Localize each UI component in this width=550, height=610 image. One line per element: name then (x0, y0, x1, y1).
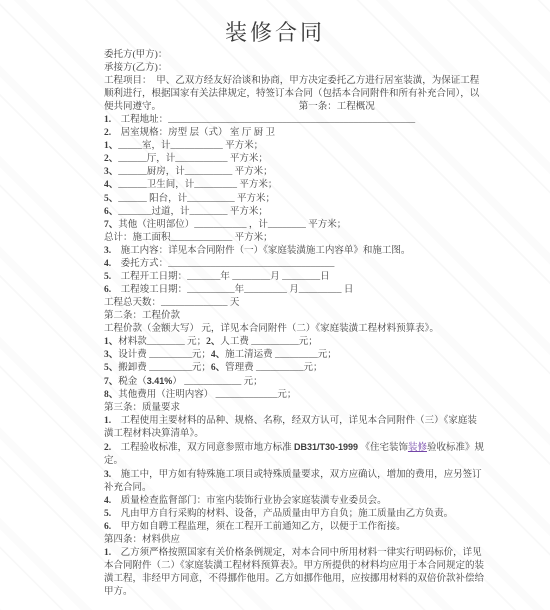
doc-line: 6. 工程竣工日期：__________年_________ 月________… (104, 284, 479, 297)
text-segment: 甲方如自聘工程监理，须在工程开工前通知乙方，以便于工作衔接。 (111, 522, 406, 532)
list-number: 2、 (104, 154, 118, 164)
text-segment: 施工内容：详见本合同附件（一）《家庭装潢施工内容单》和施工图。 (111, 246, 410, 256)
doc-line: 承接方(乙方)： (104, 62, 479, 75)
list-number: 6、 (211, 363, 225, 373)
text-segment: 委托方(甲方)： (104, 50, 167, 60)
text-segment: 验收标准》规 (427, 443, 484, 453)
text-segment: 施工清运费 _________元； (225, 350, 337, 360)
text-segment: 第二条：工程价款 (104, 311, 180, 321)
text-segment: 材料款________ 元； (118, 337, 206, 347)
doc-line: 第三条：质量要求 (104, 402, 479, 415)
text-segment: 第四条：材料供应 (104, 535, 180, 545)
list-number: 4、 (104, 180, 118, 190)
doc-line: 3. 施工中，甲方如有特殊施工项目或特殊质量要求，双方应确认，增加的费用，应另签… (104, 469, 479, 482)
doc-line: 3、______厨房，计__________ 平方米； (104, 166, 479, 179)
text-segment: 工程使用主要材料的品种、规格、名称，经双方认可，详见本合同附件（三）《家庭装 (111, 416, 477, 426)
text-segment: 第三条：质量要求 (104, 403, 180, 413)
text-segment: 工程总天数：______________ 天 (104, 298, 239, 308)
list-number: 4、 (211, 350, 225, 360)
doc-line: 3、设计费 _________元；4、施工清运费 _________元； (104, 349, 479, 362)
text-segment: 工程项目： 甲、乙双方经友好洽谈和协商，甲方决定委托乙方进行居室装潢，为保证工程 (104, 76, 479, 86)
doc-line: 顺利进行，根据国家有关法律规定，特签订本合同（包括本合同附件和所有补充合同），以 (104, 88, 479, 101)
text-segment: 本合同附件（二）《家庭装潢工程材料预算表》。甲方所提供的材料均应用于本合同规定的… (104, 561, 484, 571)
list-number: DB31/T30-1999 (294, 442, 358, 452)
doc-line: 2. 工程验收标准，双方同意参照市地方标准 DB31/T30-1999 《住宅装… (104, 441, 479, 455)
text-segment: 甲方。 (104, 587, 133, 597)
doc-line: 2. 居室规格：房型 层（式） 室 厅 厨 卫 (104, 127, 479, 140)
text-segment: 搬卸费 _________元； (118, 363, 211, 373)
doc-line: 1. 工程地址：________________________________… (104, 114, 479, 127)
doc-line: 6. 甲方如自聘工程监理，须在工程开工前通知乙方，以便于工作衔接。 (104, 521, 479, 534)
text-segment: 便共同遵守。 (104, 102, 156, 112)
text-segment: ______厅，计___________ 平方米； (118, 154, 268, 164)
list-number: 1、 (104, 337, 118, 347)
text-segment: 定。 (104, 456, 123, 466)
text-segment: 施工中，甲方如有特殊施工项目或特殊质量要求，双方应确认，增加的费用，应另签订 (111, 470, 482, 480)
list-number: 3、 (104, 167, 118, 177)
list-number: 5、 (104, 363, 118, 373)
doc-line: 5、搬卸费 _________元；6、管理费 __________元； (104, 362, 479, 375)
text-segment: ______ 阳台，计__________ 平方米； (118, 194, 275, 204)
list-number: 3、 (104, 350, 118, 360)
document-title: 装修合同 (0, 16, 550, 47)
doc-line: 5. 工程开工日期：_______年 ________月 ________日 (104, 271, 479, 284)
list-number: 5、 (104, 194, 118, 204)
doc-line: 定。 (104, 455, 479, 468)
text-segment: 工程竣工日期：__________年_________ 月_________ 日 (111, 285, 353, 295)
doc-line: 4、______卫生间，计_________ 平方米； (104, 179, 479, 192)
doc-line: 总计：施工面积_____________ 平方米； (104, 232, 479, 245)
doc-line: 5. 凡由甲方自行采购的材料、设备，产品质量由甲方自负；施工质量由乙方负责。 (104, 508, 479, 521)
text-segment: 补充合同。 (104, 483, 152, 493)
doc-line: 工程项目： 甲、乙双方经友好洽谈和协商，甲方决定委托乙方进行居室装潢，为保证工程 (104, 75, 479, 88)
doc-line: 第二条：工程价款 (104, 310, 479, 323)
doc-line: 本合同附件（二）《家庭装潢工程材料预算表》。甲方所提供的材料均应用于本合同规定的… (104, 560, 479, 573)
text-segment (156, 102, 299, 112)
list-number: 3.41% (147, 376, 173, 386)
list-number: 8、 (104, 390, 118, 400)
text-segment: 管理费 __________元； (225, 363, 322, 373)
contract-page: 装修合同 委托方(甲方)：承接方(乙方)：工程项目： 甲、乙双方经友好洽谈和协商… (0, 0, 550, 610)
text-segment: _______过道，计________ 平方米； (118, 207, 268, 217)
text-segment: 人工费 __________元； (220, 337, 317, 347)
text-segment: 《住宅装饰 (358, 443, 408, 453)
contract-document: 委托方(甲方)：承接方(乙方)：工程项目： 甲、乙双方经友好洽谈和协商，甲方决定… (104, 49, 479, 599)
text-segment: 潢工程材料决算清单》。 (104, 429, 204, 439)
text-segment: 潢工程，非经甲方同意，不得挪作他用。乙方如挪作他用，应按挪用材料的双倍价款补偿给 (104, 574, 484, 584)
doc-line: 4. 质量检查监督部门：市室内装饰行业协会家庭装潢专业委员会。 (104, 495, 479, 508)
text-segment: 工程价款（金额大写） 元，详见本合同附件（二）《家庭装潢工程材料预算表》。 (104, 324, 439, 334)
doc-line: 4. 委托方式：________________________________… (104, 258, 479, 271)
text-segment: 其他费用（注明内容） _____________元； (118, 390, 296, 400)
doc-line: 7、税金（3.41%） ____________ 元； (104, 375, 479, 389)
text-segment: 质量检查监督部门：市室内装饰行业协会家庭装潢专业委员会。 (111, 496, 387, 506)
doc-line: 潢工程，非经甲方同意，不得挪作他用。乙方如挪作他用，应按挪用材料的双倍价款补偿给 (104, 573, 479, 586)
text-segment: 顺利进行，根据国家有关法律规定，特签订本合同（包括本合同附件和所有补充合同），以 (104, 89, 479, 99)
text-segment: 工程验收标准，双方同意参照市地方标准 (111, 443, 294, 453)
text-segment: 工程地址：___________________________________… (111, 115, 415, 125)
text-segment: 乙方须严格按照国家有关价格条例规定，对本合同中所用材料一律实行明码标价，详见 (111, 548, 482, 558)
text-segment: 其他（注明部位）___________ ，计________ 平方米； (118, 220, 346, 230)
text-segment: 委托方式：___________________________________ (111, 259, 334, 269)
doc-line: 便共同遵守。 第一条：工程概况 (104, 101, 479, 114)
list-number: 2、 (206, 337, 220, 347)
text-segment: 承接方(乙方)： (104, 63, 167, 73)
text-segment: 第一条：工程概况 (299, 102, 375, 112)
doc-line: 3. 施工内容：详见本合同附件（一）《家庭装潢施工内容单》和施工图。 (104, 245, 479, 258)
text-segment: 税金（ (118, 377, 147, 387)
text-segment: 凡由甲方自行采购的材料、设备，产品质量由甲方自负；施工质量由乙方负责。 (111, 509, 453, 519)
doc-line: 补充合同。 (104, 482, 479, 495)
list-number: 7、 (104, 220, 118, 230)
text-segment: _____室，计___________ 平方米； (118, 141, 263, 151)
doc-line: 5、______ 阳台，计__________ 平方米； (104, 193, 479, 206)
doc-line: 7、其他（注明部位）___________ ，计________ 平方米； (104, 219, 479, 232)
text-segment: 居室规格：房型 层（式） 室 厅 厨 卫 (111, 128, 275, 138)
text-segment: 设计费 _________元； (118, 350, 211, 360)
doc-line: 6、_______过道，计________ 平方米； (104, 206, 479, 219)
doc-line: 1、_____室，计___________ 平方米； (104, 140, 479, 153)
doc-line: 2、______厅，计___________ 平方米； (104, 153, 479, 166)
list-number: 6、 (104, 207, 118, 217)
doc-line: 1、材料款________ 元；2、人工费 __________元； (104, 336, 479, 349)
doc-line: 第四条：材料供应 (104, 534, 479, 547)
doc-line: 1. 乙方须严格按照国家有关价格条例规定，对本合同中所用材料一律实行明码标价，详… (104, 547, 479, 560)
doc-line: 甲方。 (104, 586, 479, 599)
list-number: 1、 (104, 141, 118, 151)
text-segment: ） ____________ 元； (172, 377, 262, 387)
doc-line: 潢工程材料决算清单》。 (104, 428, 479, 441)
text-segment: 总计：施工面积_____________ 平方米； (104, 233, 273, 243)
doc-line: 8、其他费用（注明内容） _____________元； (104, 389, 479, 402)
text-segment: ______卫生间，计_________ 平方米； (118, 180, 277, 190)
list-number: 7、 (104, 377, 118, 387)
doc-line: 委托方(甲方)： (104, 49, 479, 62)
doc-line: 1. 工程使用主要材料的品种、规格、名称，经双方认可，详见本合同附件（三）《家庭… (104, 415, 479, 428)
doc-line: 工程总天数：______________ 天 (104, 297, 479, 310)
doc-line: 工程价款（金额大写） 元，详见本合同附件（二）《家庭装潢工程材料预算表》。 (104, 323, 479, 336)
text-segment: ______厨房，计__________ 平方米； (118, 167, 272, 177)
zhuangxiu-standard-link[interactable]: 装修 (408, 443, 427, 453)
text-segment: 工程开工日期：_______年 ________月 ________日 (111, 272, 330, 282)
